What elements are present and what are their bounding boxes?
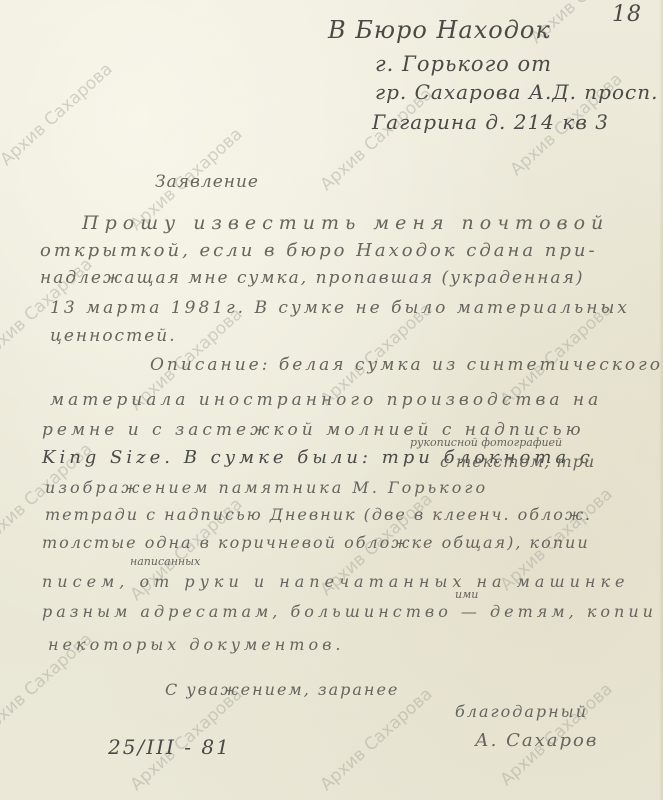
- page-number: 18: [612, 2, 642, 27]
- document-scan: Архив Сахарова Архив Сахарова Архив Саха…: [0, 0, 663, 800]
- address-line-4: Гагарина д. 214 кв 3: [372, 110, 609, 134]
- body-line: некоторых документов.: [48, 635, 344, 654]
- body-line: материала иностранного производства на: [50, 390, 602, 410]
- body-line: тетради с надписью Дневник (две в клеенч…: [45, 505, 592, 524]
- document-title: Заявление: [155, 172, 259, 192]
- body-line: открыткой, если в бюро Находок сдана при…: [40, 240, 598, 261]
- closing-line-1: С уважением, заранее: [165, 680, 399, 699]
- body-line: толстые одна в коричневой обложке общая)…: [42, 533, 590, 552]
- insertion-text: написанных: [130, 555, 200, 568]
- signature: А. Сахаров: [475, 730, 598, 751]
- body-line: изображением памятника М. Горького: [45, 478, 488, 497]
- body-line: разным адресатам, большинство — детям, к…: [42, 602, 657, 621]
- document-date: 25/III - 81: [108, 735, 231, 759]
- insertion-text: с текстом, три: [440, 452, 595, 471]
- insertion-text: ими: [455, 588, 478, 601]
- watermark: Архив Сахарова: [0, 59, 117, 170]
- closing-line-2: благодарный: [455, 702, 588, 721]
- body-line: ценностей.: [50, 326, 177, 346]
- body-line: Прошу известить меня почтовой: [82, 212, 609, 234]
- watermark: Архив Сахарова: [317, 684, 437, 795]
- insertion-text: рукописной фотографией: [410, 436, 562, 449]
- body-line: писем, от руки и напечатанных на машинке: [42, 572, 630, 591]
- address-line-3: гр. Сахарова А.Д. просп.: [375, 80, 658, 104]
- body-line: Описание: белая сумка из синтетического: [150, 355, 663, 375]
- body-line: 13 марта 1981г. В сумке не было материал…: [50, 298, 630, 318]
- body-line: надлежащая мне сумка, пропавшая (украден…: [40, 268, 584, 288]
- address-line-2: г. Горького от: [375, 52, 552, 76]
- page-edge-shadow: [659, 0, 663, 800]
- address-line-1: В Бюро Находок: [328, 16, 551, 44]
